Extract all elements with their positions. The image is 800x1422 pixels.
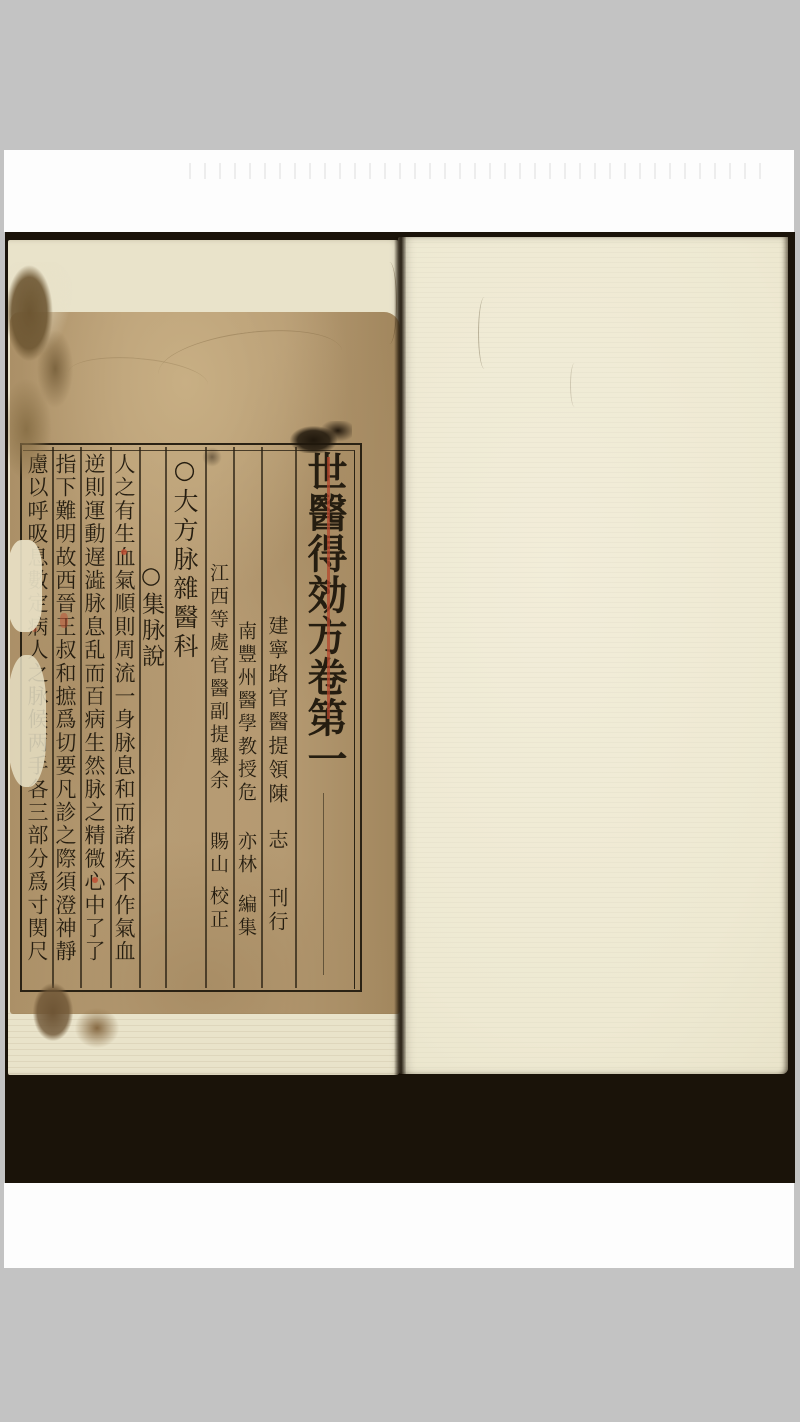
credit-office: 江西等處官醫副提舉余 [207, 563, 229, 793]
credit-column-proofreader: 江西等處官醫副提舉余賜山校正 [204, 563, 232, 932]
credit-office: 建寧路官醫提領陳 [265, 615, 289, 807]
column-divider [139, 447, 141, 988]
credit-column-publisher: 建寧路官醫提領陳志刊行 [259, 615, 295, 935]
column-center-line [323, 793, 324, 975]
body-column-3: 指下難明故西晉王叔和摭爲切要凡診之際須澄神靜 [51, 453, 79, 963]
red-reading-dot [92, 877, 98, 883]
gutter-shadow [394, 237, 406, 1075]
damage-patch [8, 262, 84, 494]
credit-role: 校正 [207, 886, 229, 932]
credit-office: 南豐州醫學教授危 [235, 621, 257, 805]
credit-name: 賜山 [207, 831, 229, 877]
right-page-blank [398, 237, 788, 1074]
book-photo[interactable]: 世醫得効方卷第一 建寧路官醫提領陳志刊行 南豐州醫學教授危亦林編集 江西等處官醫… [5, 232, 795, 1183]
red-reading-dot [121, 549, 127, 555]
scan-viewer: 世醫得効方卷第一 建寧路官醫提領陳志刊行 南豐州醫學教授危亦林編集 江西等處官醫… [0, 0, 800, 1422]
damage-patch [8, 540, 42, 632]
body-column-2: 逆則運動遅澁脉息乱而百病生然脉之精微心中了了 [79, 453, 109, 963]
crease-mark [478, 297, 491, 369]
bleed-through-marks [189, 163, 764, 179]
title-column: 世醫得効方卷第一 [293, 451, 355, 779]
credit-role: 編集 [235, 894, 257, 940]
left-page: 世醫得効方卷第一 建寧路官醫提領陳志刊行 南豐州醫學教授危亦林編集 江西等處官醫… [8, 240, 400, 1075]
credit-role: 刊行 [265, 887, 289, 935]
credit-column-compiler: 南豐州醫學教授危亦林編集 [232, 621, 259, 940]
red-reading-line [327, 457, 330, 719]
credit-name: 亦林 [235, 831, 257, 877]
heading-column-dafangmai: ○大方脉雜醫科 [163, 455, 205, 662]
text-frame: 世醫得効方卷第一 建寧路官醫提領陳志刊行 南豐州醫學教授危亦林編集 江西等處官醫… [20, 443, 362, 992]
body-column-1: 人之有生血氣順則周流一身脉息和而諸疾不作氣血 [109, 453, 139, 963]
ink-smudge [288, 421, 352, 453]
credit-name: 志 [265, 829, 289, 853]
top-margin-band [4, 150, 794, 232]
heading-column-jimaishuo: ○集脉說 [138, 563, 164, 670]
ink-smudge [198, 443, 226, 471]
bottom-margin-band [4, 1183, 794, 1268]
red-reading-dot [60, 613, 68, 628]
crease-mark [570, 363, 579, 407]
damage-patch [66, 1000, 128, 1056]
damage-patch [8, 655, 46, 787]
